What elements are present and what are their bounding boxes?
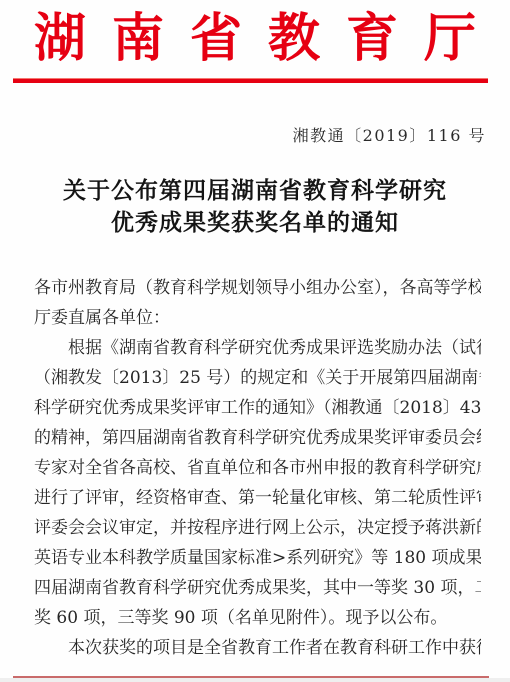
body-line: 本次获奖的项目是全省教育工作者在教育科研工作中获得 xyxy=(34,633,481,663)
page-edge-strip xyxy=(0,678,510,682)
body-line: 各市州教育局（教育科学规划领导小组办公室），各高等学校， xyxy=(34,273,481,303)
body-line: 进行了评审，经资格审查、第一轮量化审核、第二轮质性评审、 xyxy=(34,483,481,513)
document-body: 各市州教育局（教育科学规划领导小组办公室），各高等学校， 厅委直属各单位： 根据… xyxy=(0,273,510,663)
body-line: （湘教发〔2013〕25 号）的规定和《关于开展第四届湖南省教育 xyxy=(34,363,481,393)
body-line: 根据《湖南省教育科学研究优秀成果评选奖励办法（试行）》 xyxy=(34,333,481,363)
agency-masthead: 湖南省教育厅 xyxy=(0,6,510,72)
body-line: 英语专业本科教学质量国家标准>系列研究》等 180 项成果为第 xyxy=(34,543,481,573)
masthead-divider xyxy=(13,78,488,83)
page-bottom-divider xyxy=(13,676,489,678)
body-line: 科学研究优秀成果奖评审工作的通知》（湘教通〔2018〕433 号） xyxy=(34,393,481,423)
document-number: 湘教通〔2019〕116 号 xyxy=(0,125,510,147)
document-title-line2: 优秀成果奖获奖名单的通知 xyxy=(0,207,510,239)
body-line: 奖 60 项，三等奖 90 项（名单见附件）。现予以公布。 xyxy=(34,603,481,633)
document-title: 关于公布第四届湖南省教育科学研究 优秀成果奖获奖名单的通知 xyxy=(0,175,510,239)
document-title-line1: 关于公布第四届湖南省教育科学研究 xyxy=(0,175,510,207)
body-line: 专家对全省各高校、省直单位和各市州申报的教育科学研究成果 xyxy=(34,453,481,483)
body-line: 的精神，第四届湖南省教育科学研究优秀成果奖评审委员会组织 xyxy=(34,423,481,453)
document-page: 湖南省教育厅 湘教通〔2019〕116 号 关于公布第四届湖南省教育科学研究 优… xyxy=(0,0,510,682)
body-line: 厅委直属各单位： xyxy=(34,303,481,333)
body-line: 四届湖南省教育科学研究优秀成果奖，其中一等奖 30 项，二等 xyxy=(34,573,481,603)
body-line: 评委会会议审定，并按程序进行网上公示，决定授予蒋洪新的《< xyxy=(34,513,481,543)
